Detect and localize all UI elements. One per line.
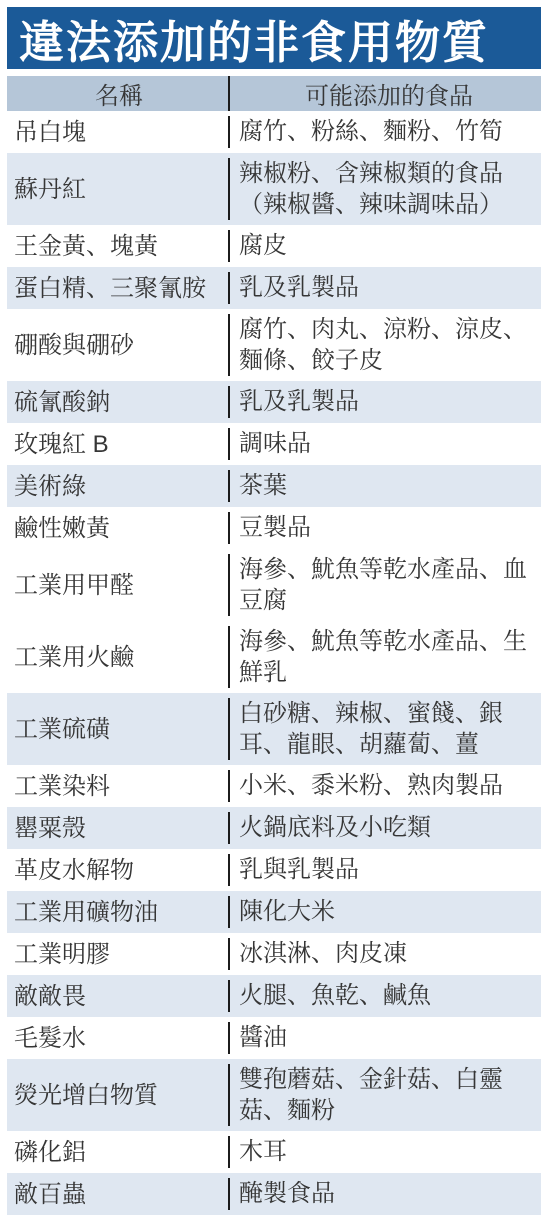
substance-name-cell: 蘇丹紅 <box>7 158 228 220</box>
possible-foods-cell: 海參、魷魚等乾水產品、生鮮乳 <box>228 626 541 688</box>
possible-foods-cell: 調味品 <box>228 428 541 460</box>
substance-name-cell: 硫氰酸鈉 <box>7 386 228 418</box>
possible-foods-cell: 陳化大米 <box>228 896 541 928</box>
table-row: 熒光增白物質 雙孢蘑菇、金針菇、白靈菇、麵粉 <box>7 1059 541 1131</box>
table-row: 硼酸與硼砂 腐竹、肉丸、涼粉、涼皮、麵條、餃子皮 <box>7 309 541 381</box>
substance-name-cell: 玫瑰紅 B <box>7 428 228 460</box>
substance-name-cell: 工業硫磺 <box>7 698 228 760</box>
table-row: 蛋白精、三聚氰胺 乳及乳製品 <box>7 267 541 309</box>
substance-name-cell: 革皮水解物 <box>7 854 228 886</box>
substance-name-cell: 王金黃、塊黃 <box>7 230 228 262</box>
table-row: 工業明膠 冰淇淋、肉皮凍 <box>7 933 541 975</box>
table-row: 敵百蟲 醃製食品 <box>7 1173 541 1215</box>
table-body: 吊白塊 腐竹、粉絲、麵粉、竹筍 蘇丹紅 辣椒粉、含辣椒類的食品（辣椒醬、辣味調味… <box>7 111 541 1215</box>
table-row: 蘇丹紅 辣椒粉、含辣椒類的食品（辣椒醬、辣味調味品） <box>7 153 541 225</box>
table-row: 罌粟殼 火鍋底料及小吃類 <box>7 807 541 849</box>
possible-foods-cell: 茶葉 <box>228 470 541 502</box>
table-row: 磷化鋁 木耳 <box>7 1131 541 1173</box>
substance-name-cell: 工業用火鹼 <box>7 626 228 688</box>
table-row: 工業染料 小米、黍米粉、熟肉製品 <box>7 765 541 807</box>
table-row: 工業用火鹼 海參、魷魚等乾水產品、生鮮乳 <box>7 621 541 693</box>
possible-foods-cell: 雙孢蘑菇、金針菇、白靈菇、麵粉 <box>228 1064 541 1126</box>
possible-foods-cell: 火鍋底料及小吃類 <box>228 812 541 844</box>
substance-name-cell: 敵敵畏 <box>7 980 228 1012</box>
column-header-foods: 可能添加的食品 <box>228 76 541 111</box>
substance-name-cell: 美術綠 <box>7 470 228 502</box>
possible-foods-cell: 豆製品 <box>228 512 541 544</box>
substance-name-cell: 工業用礦物油 <box>7 896 228 928</box>
column-header-name: 名稱 <box>7 76 228 111</box>
possible-foods-cell: 冰淇淋、肉皮凍 <box>228 938 541 970</box>
substance-name-cell: 工業染料 <box>7 770 228 802</box>
possible-foods-cell: 乳及乳製品 <box>228 386 541 418</box>
substance-name-cell: 蛋白精、三聚氰胺 <box>7 272 228 304</box>
substance-name-cell: 敵百蟲 <box>7 1178 228 1210</box>
table-row: 美術綠 茶葉 <box>7 465 541 507</box>
table-row: 工業硫磺 白砂糖、辣椒、蜜餞、銀耳、龍眼、胡蘿蔔、薑 <box>7 693 541 765</box>
table-row: 玫瑰紅 B 調味品 <box>7 423 541 465</box>
possible-foods-cell: 醬油 <box>228 1022 541 1054</box>
possible-foods-cell: 乳與乳製品 <box>228 854 541 886</box>
table-header-row: 名稱 可能添加的食品 <box>7 76 541 111</box>
substance-name-cell: 熒光增白物質 <box>7 1064 228 1126</box>
table-row: 敵敵畏 火腿、魚乾、鹹魚 <box>7 975 541 1017</box>
possible-foods-cell: 火腿、魚乾、鹹魚 <box>228 980 541 1012</box>
possible-foods-cell: 腐竹、肉丸、涼粉、涼皮、麵條、餃子皮 <box>228 314 541 376</box>
substance-name-cell: 硼酸與硼砂 <box>7 314 228 376</box>
possible-foods-cell: 腐皮 <box>228 230 541 262</box>
table-row: 硫氰酸鈉 乳及乳製品 <box>7 381 541 423</box>
table-row: 吊白塊 腐竹、粉絲、麵粉、竹筍 <box>7 111 541 153</box>
table-row: 毛髮水 醬油 <box>7 1017 541 1059</box>
table-row: 鹼性嫩黃 豆製品 <box>7 507 541 549</box>
possible-foods-cell: 木耳 <box>228 1136 541 1168</box>
table-row: 革皮水解物 乳與乳製品 <box>7 849 541 891</box>
table-row: 王金黃、塊黃 腐皮 <box>7 225 541 267</box>
possible-foods-cell: 醃製食品 <box>228 1178 541 1210</box>
possible-foods-cell: 海參、魷魚等乾水產品、血豆腐 <box>228 554 541 616</box>
substance-name-cell: 罌粟殼 <box>7 812 228 844</box>
substance-name-cell: 工業明膠 <box>7 938 228 970</box>
possible-foods-cell: 辣椒粉、含辣椒類的食品（辣椒醬、辣味調味品） <box>228 158 541 220</box>
substance-name-cell: 毛髮水 <box>7 1022 228 1054</box>
possible-foods-cell: 乳及乳製品 <box>228 272 541 304</box>
substance-name-cell: 工業用甲醛 <box>7 554 228 616</box>
table-row: 工業用甲醛 海參、魷魚等乾水產品、血豆腐 <box>7 549 541 621</box>
substance-name-cell: 磷化鋁 <box>7 1136 228 1168</box>
substance-name-cell: 吊白塊 <box>7 116 228 148</box>
table-row: 工業用礦物油 陳化大米 <box>7 891 541 933</box>
possible-foods-cell: 腐竹、粉絲、麵粉、竹筍 <box>228 116 541 148</box>
possible-foods-cell: 白砂糖、辣椒、蜜餞、銀耳、龍眼、胡蘿蔔、薑 <box>228 698 541 760</box>
substance-name-cell: 鹼性嫩黃 <box>7 512 228 544</box>
substances-table: 名稱 可能添加的食品 吊白塊 腐竹、粉絲、麵粉、竹筍 蘇丹紅 辣椒粉、含辣椒類的… <box>7 76 541 1215</box>
page-title: 違法添加的非食用物質 <box>7 7 541 69</box>
infographic-page: 違法添加的非食用物質 名稱 可能添加的食品 吊白塊 腐竹、粉絲、麵粉、竹筍 蘇丹… <box>0 0 549 1215</box>
possible-foods-cell: 小米、黍米粉、熟肉製品 <box>228 770 541 802</box>
